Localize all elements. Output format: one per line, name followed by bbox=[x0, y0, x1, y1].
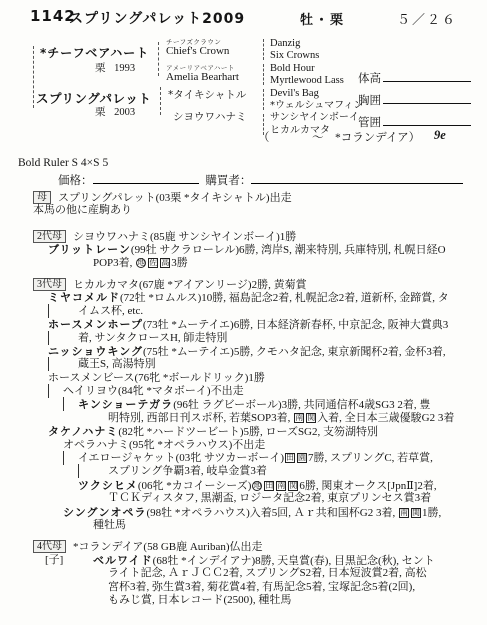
sire-dam-name: Amelia Bearhart bbox=[166, 71, 239, 83]
record-text: 種牡馬 bbox=[93, 519, 126, 531]
section-label: 3代母 bbox=[33, 278, 66, 291]
grandparent-5: *ウェルシュマフィン bbox=[270, 100, 363, 112]
section-head-text: シヨウワハナミ(85鹿 サンシヤインボーイ)1勝 bbox=[73, 231, 296, 243]
section-母: 母スプリングパレット(03栗 *タイキシャトル)出走本馬の他に産駒あり bbox=[0, 191, 487, 218]
text-line: 着, サンタクロースH, 師走特別 bbox=[0, 332, 487, 345]
measurement-label: 胸囲 bbox=[358, 95, 381, 107]
region-mark-icon: 地 bbox=[136, 258, 146, 268]
horse-line: ホースメンホープ(73牡 *ムーテイエ)6勝, 日本経済新春杯, 中京記念, 阪… bbox=[0, 318, 487, 331]
record-text: オペラハナミ(95牝 *オペラハウス)不出走 bbox=[63, 439, 265, 451]
text-line: 蔵王S, 高湯特別 bbox=[0, 358, 487, 371]
pedigree-bracket-sire bbox=[158, 42, 159, 76]
horse-line: [子]ベルワイド(68牡 *インデイアナ)8勝, 天皇賞(春), 目黒記念(秋)… bbox=[0, 554, 487, 567]
text-line: ライト記念, ＡｒＪＣＣ2着, スプリングS2着, 日本短波賞2着, 高松 bbox=[0, 567, 487, 580]
horse-line: タケノハナミ(82牝 *ハードツービート)5勝, ローズSG2, 支笏湖特別 bbox=[0, 425, 487, 438]
tree-connector bbox=[48, 331, 49, 345]
section-head: 2代母シヨウワハナミ(85鹿 サンシヤインボーイ)1勝 bbox=[0, 230, 487, 243]
horse-line: ツクシヒメ(06牝 *カコイーシーズ)地田南関6勝, 関東オークス[JpnⅡ]2… bbox=[0, 479, 487, 492]
horse-line: ミヤコメルド(72牡 *ロムルス)10勝, 福島記念2着, 札幌記念2着, 道新… bbox=[0, 291, 487, 304]
dam-coat-year: 栗 2003 bbox=[95, 104, 135, 119]
section-label: 2代母 bbox=[33, 230, 66, 243]
record-text: もみじ賞, 日本レコード(2500), 種牡馬 bbox=[108, 594, 291, 606]
section-head: 4代母*コランデイア(58 GB鹿 Auriban)仏出走 bbox=[0, 540, 487, 553]
section-head: 母スプリングパレット(03栗 *タイキシャトル)出走 bbox=[0, 191, 487, 204]
dam-sire-name: *タイキシャトル bbox=[168, 87, 246, 102]
record-text: POP3着, 地佐高3勝 bbox=[93, 257, 188, 269]
measurement-label: 体高 bbox=[358, 73, 381, 85]
text-line: もみじ賞, 日本レコード(2500), 種牡馬 bbox=[0, 594, 487, 607]
region-mark-icon: 田 bbox=[264, 481, 274, 491]
measurement-blank bbox=[383, 92, 471, 104]
section-3代母: 3代母ヒカルカマタ(67鹿 *アイアンリージ)2勝, 黄菊賞ミヤコメルド(72牡… bbox=[0, 278, 487, 532]
region-mark-icon: 園 bbox=[297, 453, 307, 463]
record-text: (75牡 *ムーテイエ)5勝, クモハタ記念, 東京新聞杯2着, 金杯3着, bbox=[143, 346, 446, 358]
pedigree-bracket-gp2 bbox=[263, 64, 264, 85]
record-text: (72牡 *ロムルス)10勝, 福島記念2着, 札幌記念2着, 道新杯, 金蹄賞… bbox=[120, 292, 449, 304]
family-number: 9e bbox=[434, 128, 446, 143]
tree-connector bbox=[48, 384, 49, 398]
record-text: (99牡 サクラローレル)6勝, 湾岸S, 潮来特別, 兵庫特別, 札幌日経O bbox=[131, 244, 446, 256]
horse-line: ニッショウキング(75牡 *ムーテイエ)5勝, クモハタ記念, 東京新聞杯2着,… bbox=[0, 345, 487, 358]
record-text: イムス杯, etc. bbox=[78, 305, 143, 317]
tree-connector bbox=[63, 397, 64, 411]
catalog-page: 1142 スプリングパレット2009 牡・栗 ５／２６ *チーフベアハート 栗 … bbox=[0, 0, 487, 625]
record-text: 蔵王S, 高湯特別 bbox=[78, 358, 156, 370]
region-mark-icon: 南 bbox=[294, 413, 304, 423]
text-line: 宮杯3着, 弥生賞3着, 菊花賞4着, 有馬記念5着, 宝塚記念5着(2回), bbox=[0, 581, 487, 594]
horse-name: ツクシヒメ bbox=[78, 479, 138, 492]
text-line: ヘイリヨウ(84牝 *マタボーイ)不出走 bbox=[0, 385, 487, 398]
record-text: (06牝 *カコイーシーズ)地田南関6勝, 関東オークス[JpnⅡ]2着, bbox=[138, 480, 437, 492]
text-line: ホースメンビース(76牝 *ボールドリック)1勝 bbox=[0, 372, 487, 385]
measurement-blank bbox=[383, 114, 471, 126]
region-mark-icon: 関 bbox=[411, 508, 421, 518]
text-line: 本馬の他に産駒あり bbox=[0, 204, 487, 217]
sire-name: *チーフベアハート bbox=[40, 44, 149, 61]
region-mark-icon: 関 bbox=[288, 481, 298, 491]
dam-dam-name: シヨウワハナミ bbox=[173, 109, 247, 124]
sex-coat: 牡・栗 bbox=[300, 9, 345, 28]
text-line: イエロージャケット(03牝 サツカーボーイ)田園7勝, スプリングC, 若草賞, bbox=[0, 452, 487, 465]
text-line: オペラハナミ(95牝 *オペラハウス)不出走 bbox=[0, 439, 487, 452]
page-title: スプリングパレット2009 bbox=[69, 8, 245, 28]
section-4代母: 4代母*コランデイア(58 GB鹿 Auriban)仏出走[子]ベルワイド(68… bbox=[0, 540, 487, 607]
record-text: 本馬の他に産駒あり bbox=[33, 204, 132, 216]
horse-name: シングンオペラ bbox=[63, 506, 147, 519]
page-number: ５／２６ bbox=[397, 9, 457, 28]
grandparent-4: Devil's Bag bbox=[270, 88, 363, 100]
record-text: (98牡 *オペラハウス)入着5回, Ａｒ共和国杯G2 3着, 南関1勝, bbox=[147, 507, 442, 519]
record-text: 明特別, 西部日刊スポ杯, 若葉SOP3着, 南関入着, 全日本三歳優駿G2 3… bbox=[108, 412, 454, 424]
tree-connector bbox=[48, 357, 49, 371]
record-text: ヘイリヨウ(84牝 *マタボーイ)不出走 bbox=[63, 385, 244, 397]
horse-name: タケノハナミ bbox=[48, 425, 118, 438]
sire-coat-year: 栗 1993 bbox=[95, 60, 135, 75]
horse-name: ミヤコメルド bbox=[48, 291, 120, 304]
family-line: ～ *コランデイア） bbox=[312, 129, 420, 145]
horse-name: キンショーテガラ bbox=[78, 398, 173, 411]
price-row: 価格： 購買者： bbox=[58, 172, 463, 188]
pedigree-bracket-gp1 bbox=[263, 39, 264, 60]
record-text: (96牡 ラグビーボール)3勝, 共同通信杯4歳SG3 2着, 豊 bbox=[173, 399, 430, 411]
grandparent-list: DanzigSix CrownsBold HourMyrtlewood Lass… bbox=[270, 38, 363, 137]
region-mark-icon: 佐 bbox=[148, 258, 158, 268]
pedigree-bracket-main bbox=[33, 46, 34, 108]
horse-name: ニッショウキング bbox=[48, 345, 143, 358]
sire-sire-name: Chief's Crown bbox=[166, 45, 229, 57]
grandparent-0: Danzig bbox=[270, 38, 363, 50]
text-line: POP3着, 地佐高3勝 bbox=[0, 257, 487, 270]
tree-connector bbox=[48, 304, 49, 318]
region-mark-icon: 田 bbox=[285, 453, 295, 463]
section-head: 3代母ヒカルカマタ(67鹿 *アイアンリージ)2勝, 黄菊賞 bbox=[0, 278, 487, 291]
text-line: スプリング争覇3着, 岐阜金賞3着 bbox=[0, 465, 487, 478]
offspring-tag: [子] bbox=[45, 554, 63, 567]
price-label: 価格： bbox=[58, 175, 93, 187]
record-text: (82牝 *ハードツービート)5勝, ローズSG2, 支笏湖特別 bbox=[118, 426, 378, 438]
buyer-blank bbox=[251, 172, 463, 184]
section-label: 4代母 bbox=[33, 540, 66, 553]
text-line: 種牡馬 bbox=[0, 519, 487, 532]
record-text: イエロージャケット(03牝 サツカーボーイ)田園7勝, スプリングC, 若草賞, bbox=[78, 452, 433, 464]
region-mark-icon: 南 bbox=[399, 508, 409, 518]
text-line: 明特別, 西部日刊スポ杯, 若葉SOP3着, 南関入着, 全日本三歳優駿G2 3… bbox=[0, 412, 487, 425]
tree-connector bbox=[63, 451, 64, 465]
pedigree-bracket-gp3 bbox=[263, 89, 264, 110]
horse-name: ホースメンホープ bbox=[48, 318, 143, 331]
inbreeding-note: Bold Ruler S 4×S 5 bbox=[18, 157, 108, 169]
record-text: スプリング争覇3着, 岐阜金賞3着 bbox=[108, 465, 267, 477]
section-head-text: ヒカルカマタ(67鹿 *アイアンリージ)2勝, 黄菊賞 bbox=[73, 279, 307, 291]
text-line: イムス杯, etc. bbox=[0, 305, 487, 318]
section-2代母: 2代母シヨウワハナミ(85鹿 サンシヤインボーイ)1勝ブリットレーン(99牡 サ… bbox=[0, 230, 487, 270]
measurement-row: 胸囲 bbox=[358, 92, 471, 114]
region-mark-icon: 高 bbox=[160, 258, 170, 268]
measurement-label: 管囲 bbox=[358, 117, 381, 129]
horse-line: キンショーテガラ(96牡 ラグビーボール)3勝, 共同通信杯4歳SG3 2着, … bbox=[0, 398, 487, 411]
horse-line: シングンオペラ(98牡 *オペラハウス)入着5回, Ａｒ共和国杯G2 3着, 南… bbox=[0, 506, 487, 519]
family-open-paren: （ bbox=[258, 129, 270, 145]
measurements: 体高胸囲管囲 bbox=[358, 70, 471, 136]
text-line: ＴＣＫディスタフ, 黒潮盃, ロジータ記念2着, 東京プリンセス賞3着 bbox=[0, 492, 487, 505]
grandparent-1: Six Crowns bbox=[270, 50, 363, 62]
record-text: ライト記念, ＡｒＪＣＣ2着, スプリングS2着, 日本短波賞2着, 高松 bbox=[108, 567, 427, 579]
section-head-text: *コランデイア(58 GB鹿 Auriban)仏出走 bbox=[73, 541, 263, 553]
buyer-label: 購買者： bbox=[205, 175, 251, 187]
grandparent-3: Myrtlewood Lass bbox=[270, 75, 363, 87]
section-head-text: スプリングパレット(03栗 *タイキシャトル)出走 bbox=[58, 192, 292, 204]
record-text: ＴＣＫディスタフ, 黒潮盃, ロジータ記念2着, 東京プリンセス賞3着 bbox=[108, 492, 431, 504]
pedigree-text: 母スプリングパレット(03栗 *タイキシャトル)出走本馬の他に産駒あり2代母シヨ… bbox=[0, 191, 487, 607]
region-mark-icon: 地 bbox=[252, 481, 262, 491]
measurement-row: 体高 bbox=[358, 70, 471, 92]
measurement-blank bbox=[383, 70, 471, 82]
region-mark-icon: 南 bbox=[276, 481, 286, 491]
section-label: 母 bbox=[33, 191, 51, 204]
horse-name: ブリットレーン bbox=[48, 243, 131, 256]
tree-connector bbox=[78, 464, 79, 478]
record-text: 宮杯3着, 弥生賞3着, 菊花賞4着, 有馬記念5着, 宝塚記念5着(2回), bbox=[108, 581, 415, 593]
horse-line: ブリットレーン(99牡 サクラローレル)6勝, 湾岸S, 潮来特別, 兵庫特別,… bbox=[0, 243, 487, 256]
grandparent-6: サンシヤインボーイ bbox=[270, 112, 363, 124]
record-text: (73牡 *ムーテイエ)6勝, 日本経済新春杯, 中京記念, 阪神大賞典3 bbox=[143, 319, 448, 331]
record-text: 着, サンタクロースH, 師走特別 bbox=[78, 332, 227, 344]
record-text: (68牡 *インデイアナ)8勝, 天皇賞(春), 目黒記念(秋), セント bbox=[153, 555, 435, 567]
region-mark-icon: 関 bbox=[306, 413, 316, 423]
price-blank bbox=[93, 172, 199, 184]
grandparent-2: Bold Hour bbox=[270, 63, 363, 75]
horse-name: ベルワイド bbox=[93, 554, 153, 567]
pedigree-bracket-dam bbox=[160, 87, 161, 115]
record-text: ホースメンビース(76牝 *ボールドリック)1勝 bbox=[48, 372, 265, 384]
